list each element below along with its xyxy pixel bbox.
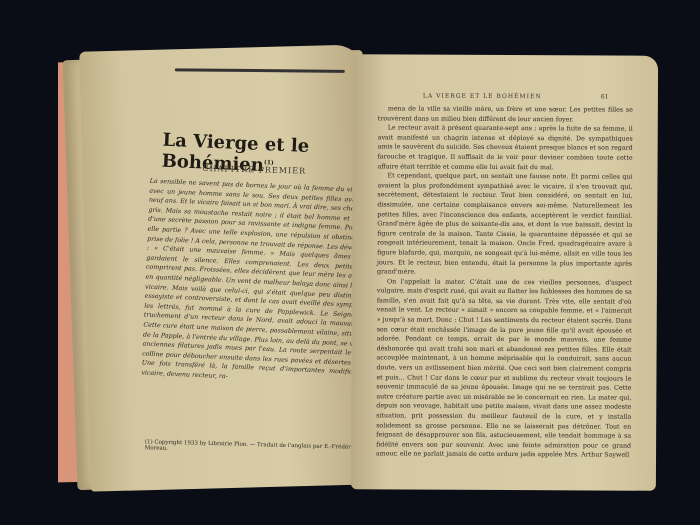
- paragraph: Et cependant, quelque part, on sentait u…: [377, 171, 633, 278]
- running-head: LA VIERGE ET LE BOHÉMIEN: [423, 93, 542, 101]
- left-body-text: La sensible ne savent pas de bornes le j…: [141, 177, 376, 389]
- left-page: La Vierge et le Bohémien(1) CHAPITRE PRE…: [79, 44, 375, 491]
- page-number: 61: [601, 94, 609, 101]
- footnote: (1) Copyright 1933 by Librairie Plon. — …: [145, 439, 375, 457]
- decorative-rule: [175, 68, 345, 72]
- paragraph: mena de la ville sa vieille mère, un frè…: [378, 104, 633, 125]
- paragraph: On l'appelait la mater. C'était une de c…: [376, 277, 632, 461]
- right-page: LA VIERGE ET LE BOHÉMIEN 61 mena de la v…: [351, 54, 658, 491]
- right-body-text: mena de la ville sa vieille mère, un frè…: [376, 104, 633, 460]
- paragraph: Le recteur avait à présent quarante-sept…: [378, 124, 633, 173]
